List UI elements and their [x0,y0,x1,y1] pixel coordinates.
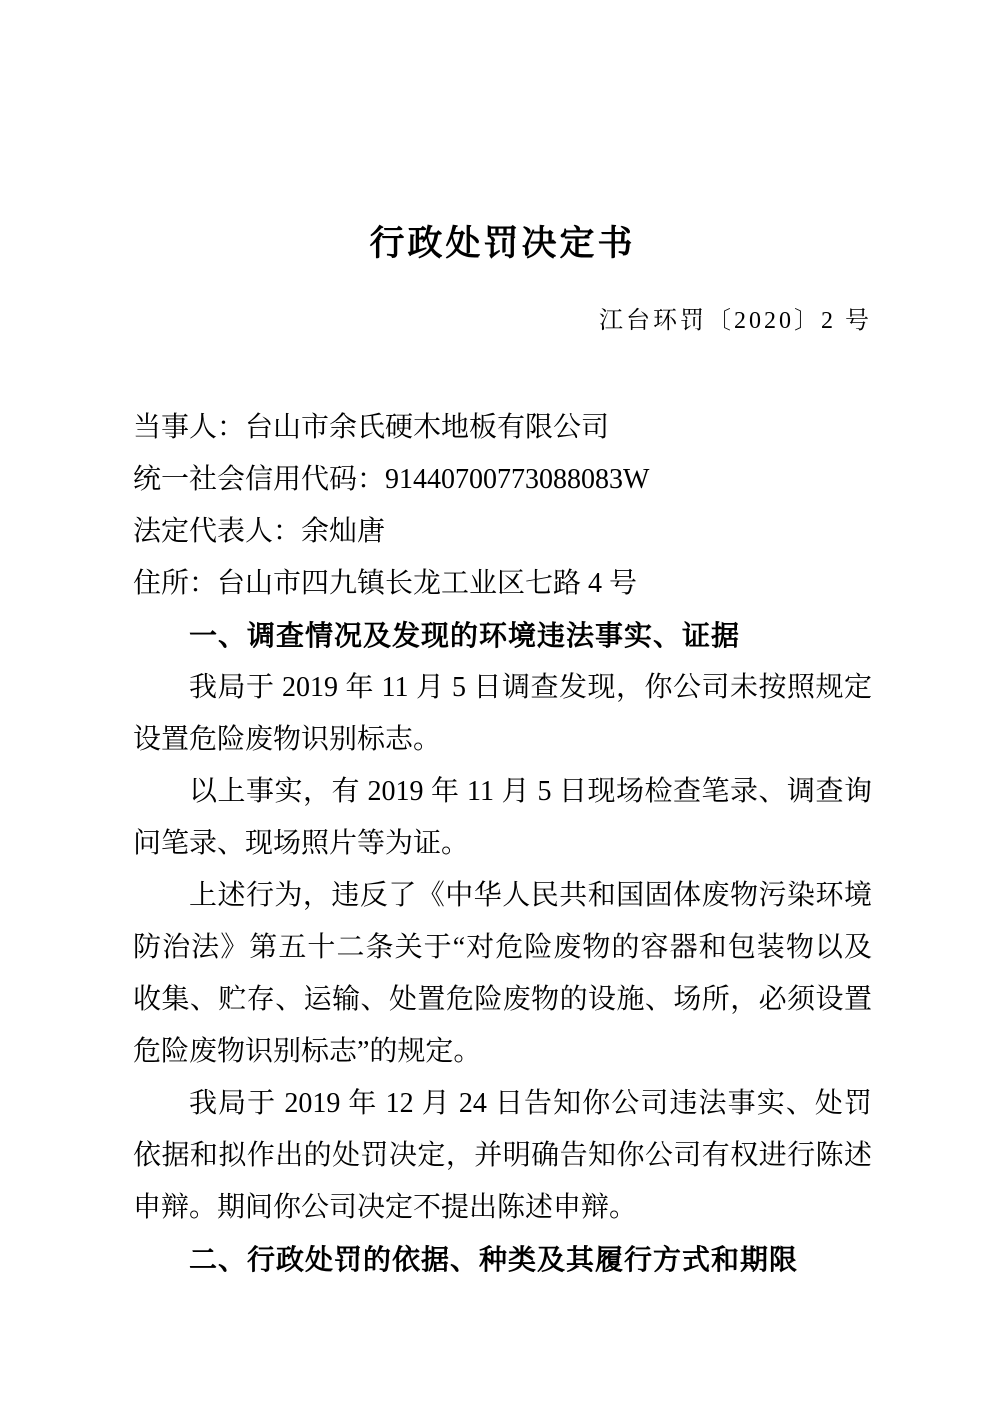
document-title: 行政处罚决定书 [133,0,872,267]
legal-representative-line: 法定代表人：余灿唐 [133,506,872,558]
party-name-line: 当事人：台山市余氏硬木地板有限公司 [133,402,872,454]
document-body: 当事人：台山市余氏硬木地板有限公司 统一社会信用代码：9144070077308… [133,402,872,1286]
address-line: 住所：台山市四九镇长龙工业区七路 4 号 [133,558,872,610]
document-content: 行政处罚决定书 江台环罚〔2020〕2 号 当事人：台山市余氏硬木地板有限公司 … [133,0,872,1286]
section-1-heading: 一、调查情况及发现的环境违法事实、证据 [133,610,872,662]
section-1-paragraph-2: 以上事实，有 2019 年 11 月 5 日现场检查笔录、调查询问笔录、现场照片… [133,766,872,870]
credit-code-line: 统一社会信用代码：91440700773088083W [133,454,872,506]
document-number: 江台环罚〔2020〕2 号 [133,306,872,336]
section-1-paragraph-3: 上述行为，违反了《中华人民共和国固体废物污染环境防治法》第五十二条关于“对危险废… [133,870,872,1078]
section-2-heading: 二、行政处罚的依据、种类及其履行方式和期限 [133,1234,872,1286]
section-1-paragraph-4: 我局于 2019 年 12 月 24 日告知你公司违法事实、处罚依据和拟作出的处… [133,1078,872,1234]
section-1-paragraph-1: 我局于 2019 年 11 月 5 日调查发现，你公司未按照规定设置危险废物识别… [133,662,872,766]
document-page: 行政处罚决定书 江台环罚〔2020〕2 号 当事人：台山市余氏硬木地板有限公司 … [0,0,992,1403]
